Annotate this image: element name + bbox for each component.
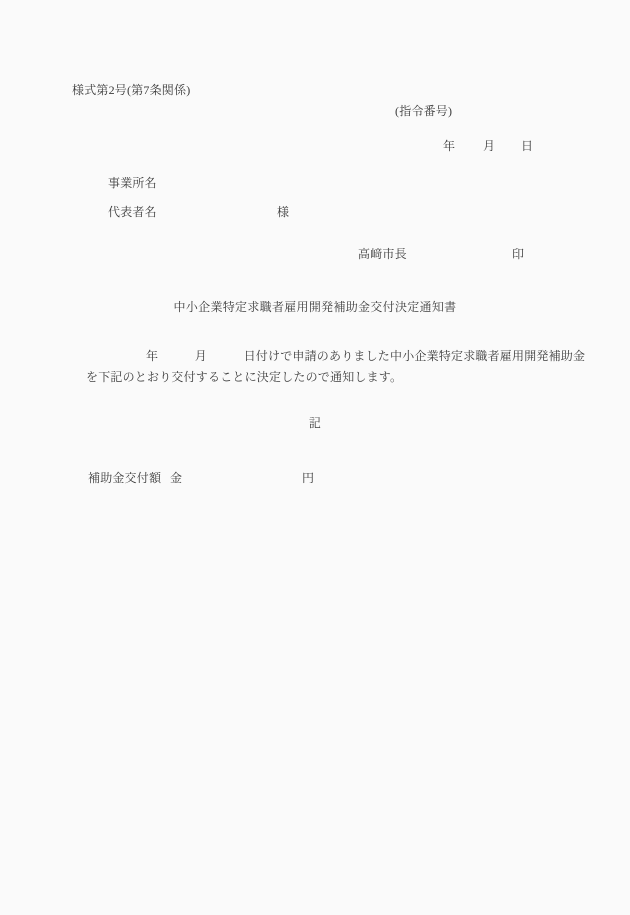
form-number: 様式第2号(第7条関係) xyxy=(72,83,190,97)
representative-name-label: 代表者名 xyxy=(108,205,157,219)
document-title: 中小企業特定求職者雇用開発補助金交付決定通知書 xyxy=(0,300,630,314)
issuer-mayor-title: 高﨑市長 xyxy=(358,247,407,261)
body-text-line-1: 年 月 日付けで申請のありました中小企業特定求職者雇用開発補助金 xyxy=(146,349,585,363)
date-year-label: 年 xyxy=(443,139,455,153)
date-day-label: 日 xyxy=(521,139,533,153)
record-marker: 記 xyxy=(0,416,630,430)
grant-amount-label: 補助金交付額 xyxy=(88,471,161,485)
grant-amount-currency-prefix: 金 xyxy=(170,471,182,485)
directive-number-label: (指令番号) xyxy=(395,104,452,118)
business-name-label: 事業所名 xyxy=(108,176,157,190)
honorific-label: 様 xyxy=(277,205,289,219)
body-text-line-2: を下記のとおり交付することに決定したので通知します。 xyxy=(86,370,402,384)
document-page: 様式第2号(第7条関係) (指令番号) 年 月 日 事業所名 代表者名 様 高﨑… xyxy=(0,0,630,915)
seal-mark: 印 xyxy=(512,247,524,261)
date-month-label: 月 xyxy=(483,139,495,153)
grant-amount-currency-suffix: 円 xyxy=(302,471,314,485)
